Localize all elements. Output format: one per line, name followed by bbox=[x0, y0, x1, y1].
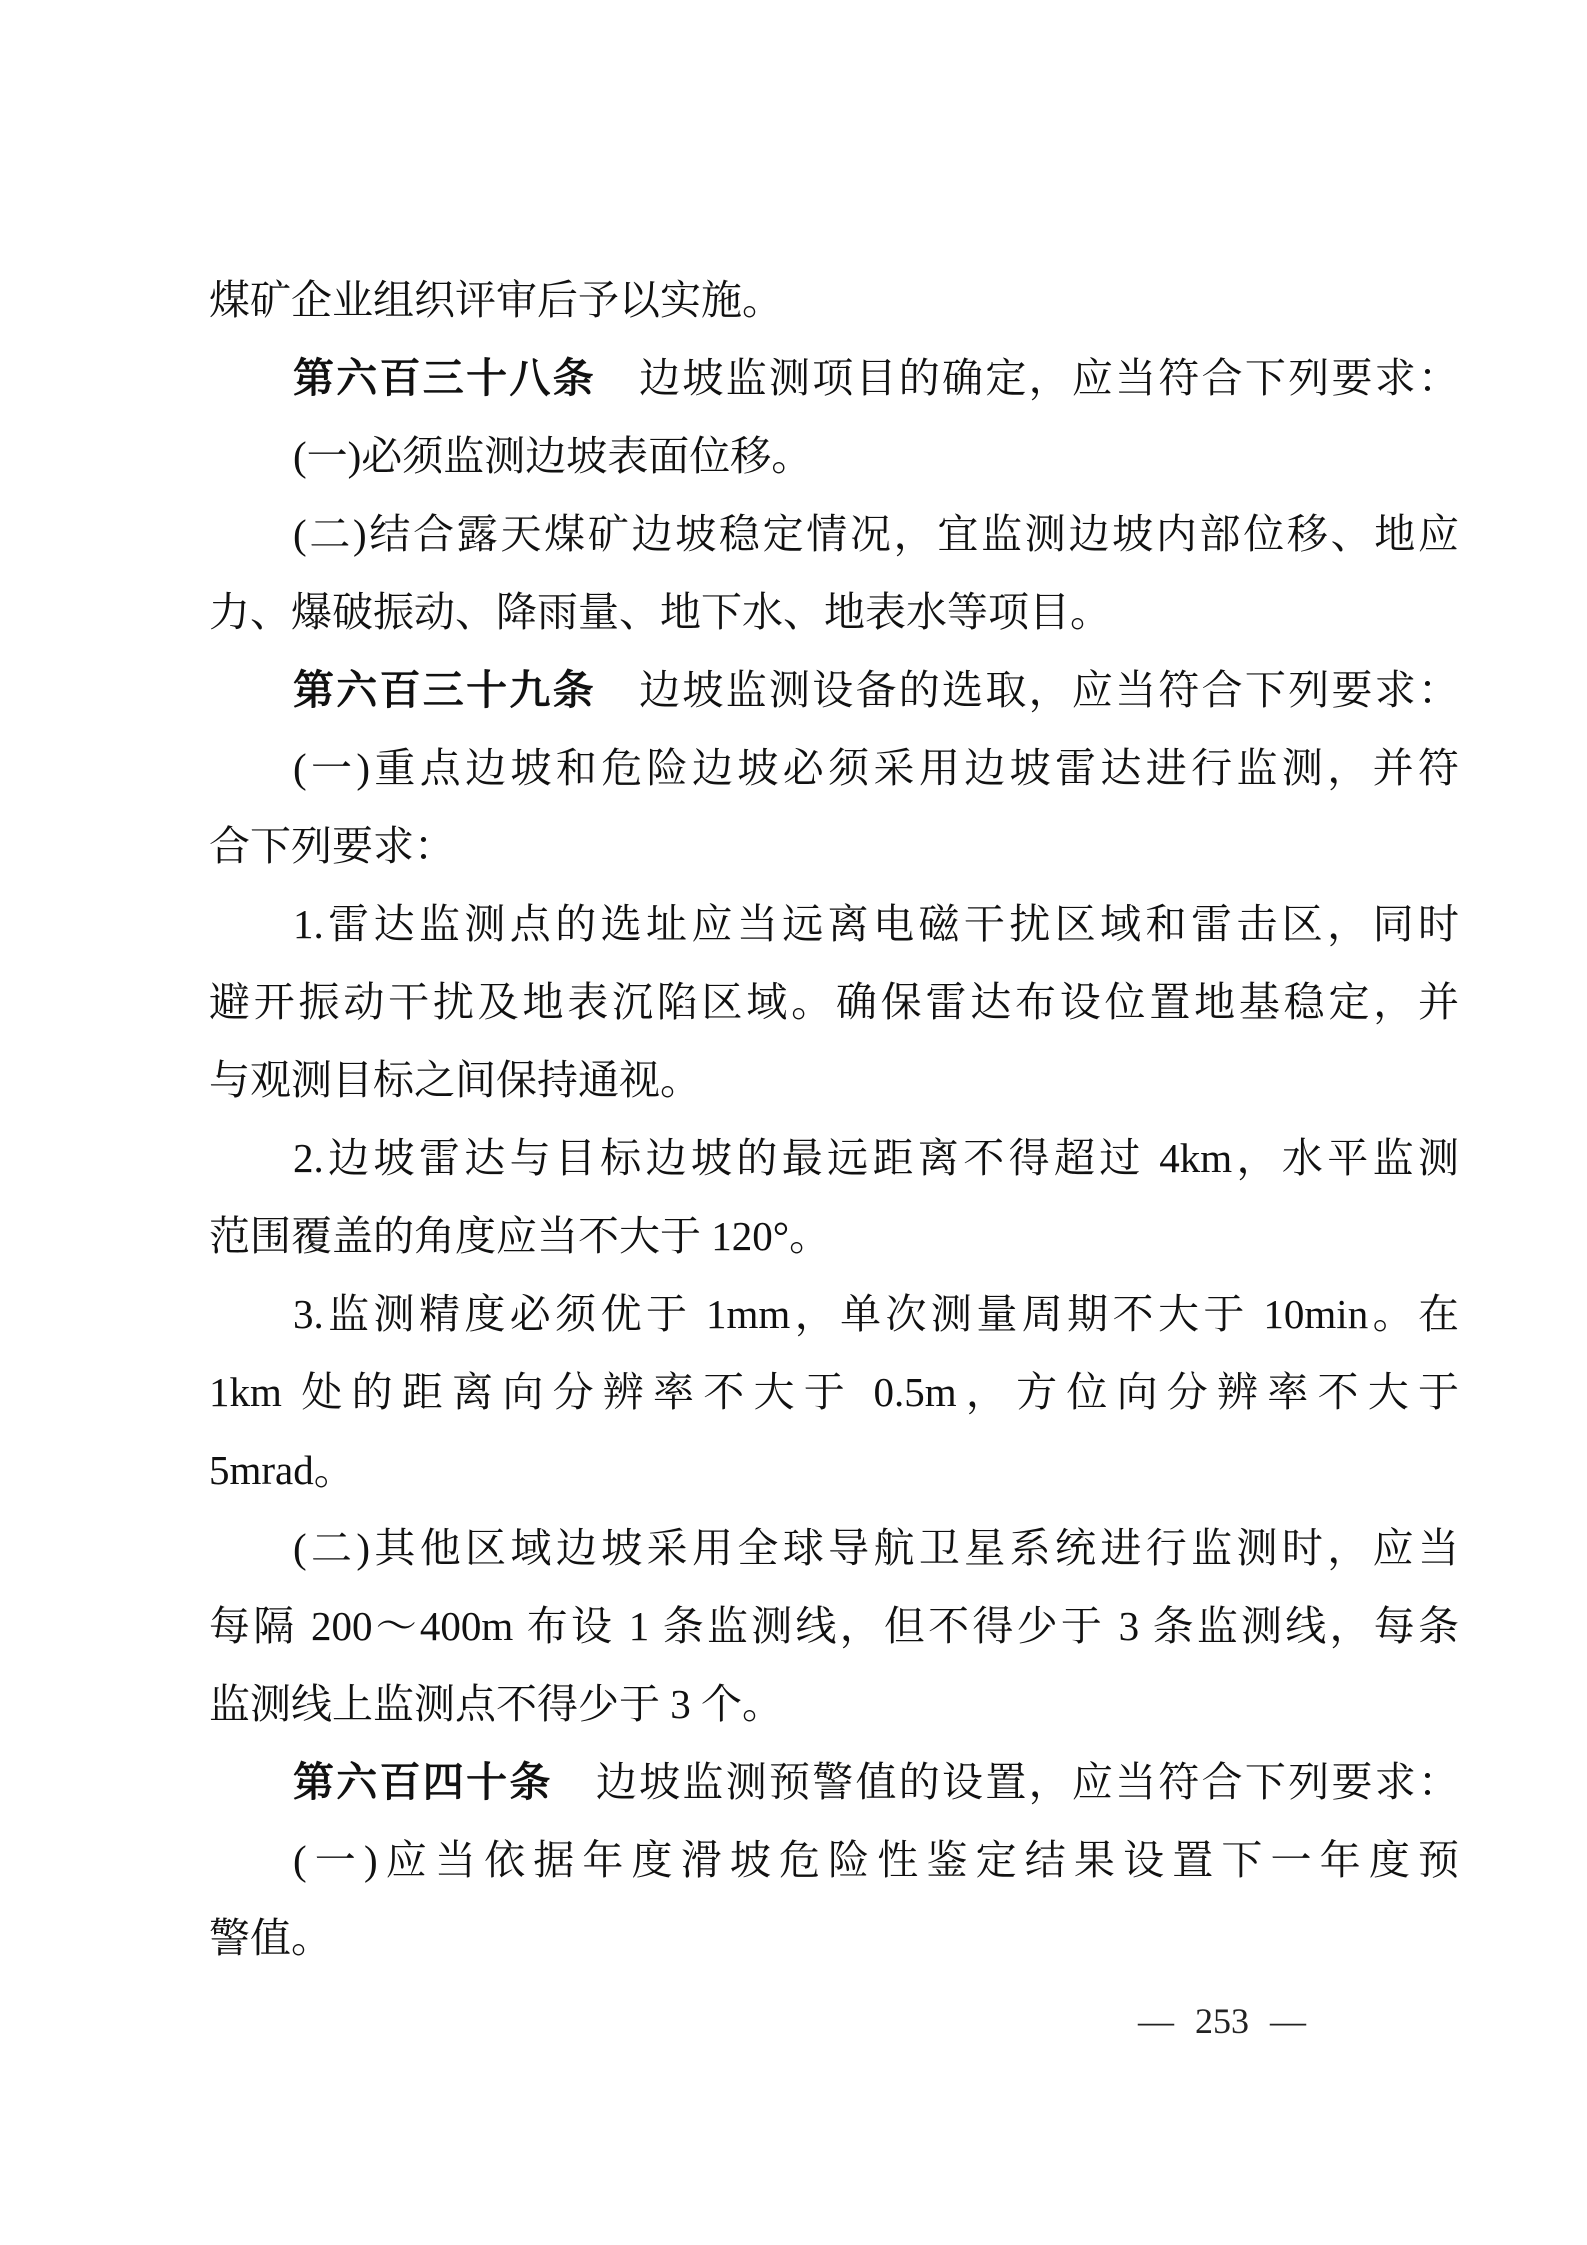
text-line: (一)必须监测边坡表面位移。 bbox=[209, 417, 1459, 495]
text-segment: 边坡监测预警值的设置，应当符合下列要求： bbox=[553, 1759, 1459, 1805]
footer-dash-left: — bbox=[1138, 2000, 1174, 2042]
text-segment: 3.监测精度必须优于 1mm，单次测量周期不大于 10min。在 bbox=[293, 1291, 1459, 1337]
text-segment: (一)必须监测边坡表面位移。 bbox=[293, 433, 812, 479]
text-line: (一)应当依据年度滑坡危险性鉴定结果设置下一年度预 bbox=[209, 1821, 1459, 1899]
text-line: 监测线上监测点不得少于 3 个。 bbox=[209, 1665, 1459, 1743]
page-number: 253 bbox=[1195, 2000, 1249, 2042]
article-number: 第六百四十条 bbox=[293, 1759, 553, 1805]
text-line: 5mrad。 bbox=[209, 1431, 1459, 1509]
document-body: 煤矿企业组织评审后予以实施。第六百三十八条 边坡监测项目的确定，应当符合下列要求… bbox=[209, 261, 1459, 1977]
text-line: 警值。 bbox=[209, 1899, 1459, 1977]
text-segment: 避开振动干扰及地表沉陷区域。确保雷达布设位置地基稳定，并 bbox=[209, 979, 1459, 1025]
text-segment: 煤矿企业组织评审后予以实施。 bbox=[209, 277, 783, 323]
text-line: 1km 处的距离向分辨率不大于 0.5m，方位向分辨率不大于 bbox=[209, 1353, 1459, 1431]
text-line: 力、爆破振动、降雨量、地下水、地表水等项目。 bbox=[209, 573, 1459, 651]
text-line: 避开振动干扰及地表沉陷区域。确保雷达布设位置地基稳定，并 bbox=[209, 963, 1459, 1041]
text-line: 第六百四十条 边坡监测预警值的设置，应当符合下列要求： bbox=[209, 1743, 1459, 1821]
text-line: 3.监测精度必须优于 1mm，单次测量周期不大于 10min。在 bbox=[209, 1275, 1459, 1353]
text-line: 第六百三十八条 边坡监测项目的确定，应当符合下列要求： bbox=[209, 339, 1459, 417]
text-line: (二)其他区域边坡采用全球导航卫星系统进行监测时，应当 bbox=[209, 1509, 1459, 1587]
document-page: 煤矿企业组织评审后予以实施。第六百三十八条 边坡监测项目的确定，应当符合下列要求… bbox=[0, 0, 1587, 2245]
footer-dash-right: — bbox=[1270, 2000, 1306, 2042]
text-segment: 边坡监测设备的选取，应当符合下列要求： bbox=[596, 667, 1459, 713]
text-segment: (二)结合露天煤矿边坡稳定情况，宜监测边坡内部位移、地应 bbox=[293, 511, 1459, 557]
text-segment: (二)其他区域边坡采用全球导航卫星系统进行监测时，应当 bbox=[293, 1525, 1459, 1571]
text-segment: 1km 处的距离向分辨率不大于 0.5m，方位向分辨率不大于 bbox=[209, 1369, 1459, 1415]
article-number: 第六百三十九条 bbox=[293, 667, 596, 713]
article-number: 第六百三十八条 bbox=[293, 355, 596, 401]
page-footer: — 253 — bbox=[1138, 1999, 1306, 2043]
text-segment: 每隔 200～400m 布设 1 条监测线，但不得少于 3 条监测线，每条 bbox=[209, 1603, 1459, 1649]
text-segment: 边坡监测项目的确定，应当符合下列要求： bbox=[596, 355, 1459, 401]
text-line: 与观测目标之间保持通视。 bbox=[209, 1041, 1459, 1119]
text-segment: 2.边坡雷达与目标边坡的最远距离不得超过 4km，水平监测 bbox=[293, 1135, 1459, 1181]
text-segment: 合下列要求： bbox=[209, 823, 455, 869]
text-segment: (一)重点边坡和危险边坡必须采用边坡雷达进行监测，并符 bbox=[293, 745, 1459, 791]
text-segment: 范围覆盖的角度应当不大于 120°。 bbox=[209, 1213, 830, 1259]
text-segment: 监测线上监测点不得少于 3 个。 bbox=[209, 1681, 783, 1727]
text-line: 煤矿企业组织评审后予以实施。 bbox=[209, 261, 1459, 339]
text-segment: (一)应当依据年度滑坡危险性鉴定结果设置下一年度预 bbox=[293, 1837, 1459, 1883]
text-line: 合下列要求： bbox=[209, 807, 1459, 885]
text-line: 第六百三十九条 边坡监测设备的选取，应当符合下列要求： bbox=[209, 651, 1459, 729]
text-line: 范围覆盖的角度应当不大于 120°。 bbox=[209, 1197, 1459, 1275]
text-line: 2.边坡雷达与目标边坡的最远距离不得超过 4km，水平监测 bbox=[209, 1119, 1459, 1197]
text-line: 1.雷达监测点的选址应当远离电磁干扰区域和雷击区，同时 bbox=[209, 885, 1459, 963]
text-segment: 与观测目标之间保持通视。 bbox=[209, 1057, 701, 1103]
text-segment: 警值。 bbox=[209, 1915, 332, 1961]
text-line: (二)结合露天煤矿边坡稳定情况，宜监测边坡内部位移、地应 bbox=[209, 495, 1459, 573]
text-segment: 1.雷达监测点的选址应当远离电磁干扰区域和雷击区，同时 bbox=[293, 901, 1459, 947]
text-segment: 力、爆破振动、降雨量、地下水、地表水等项目。 bbox=[209, 589, 1111, 635]
text-line: (一)重点边坡和危险边坡必须采用边坡雷达进行监测，并符 bbox=[209, 729, 1459, 807]
text-segment: 5mrad。 bbox=[209, 1447, 355, 1493]
text-line: 每隔 200～400m 布设 1 条监测线，但不得少于 3 条监测线，每条 bbox=[209, 1587, 1459, 1665]
